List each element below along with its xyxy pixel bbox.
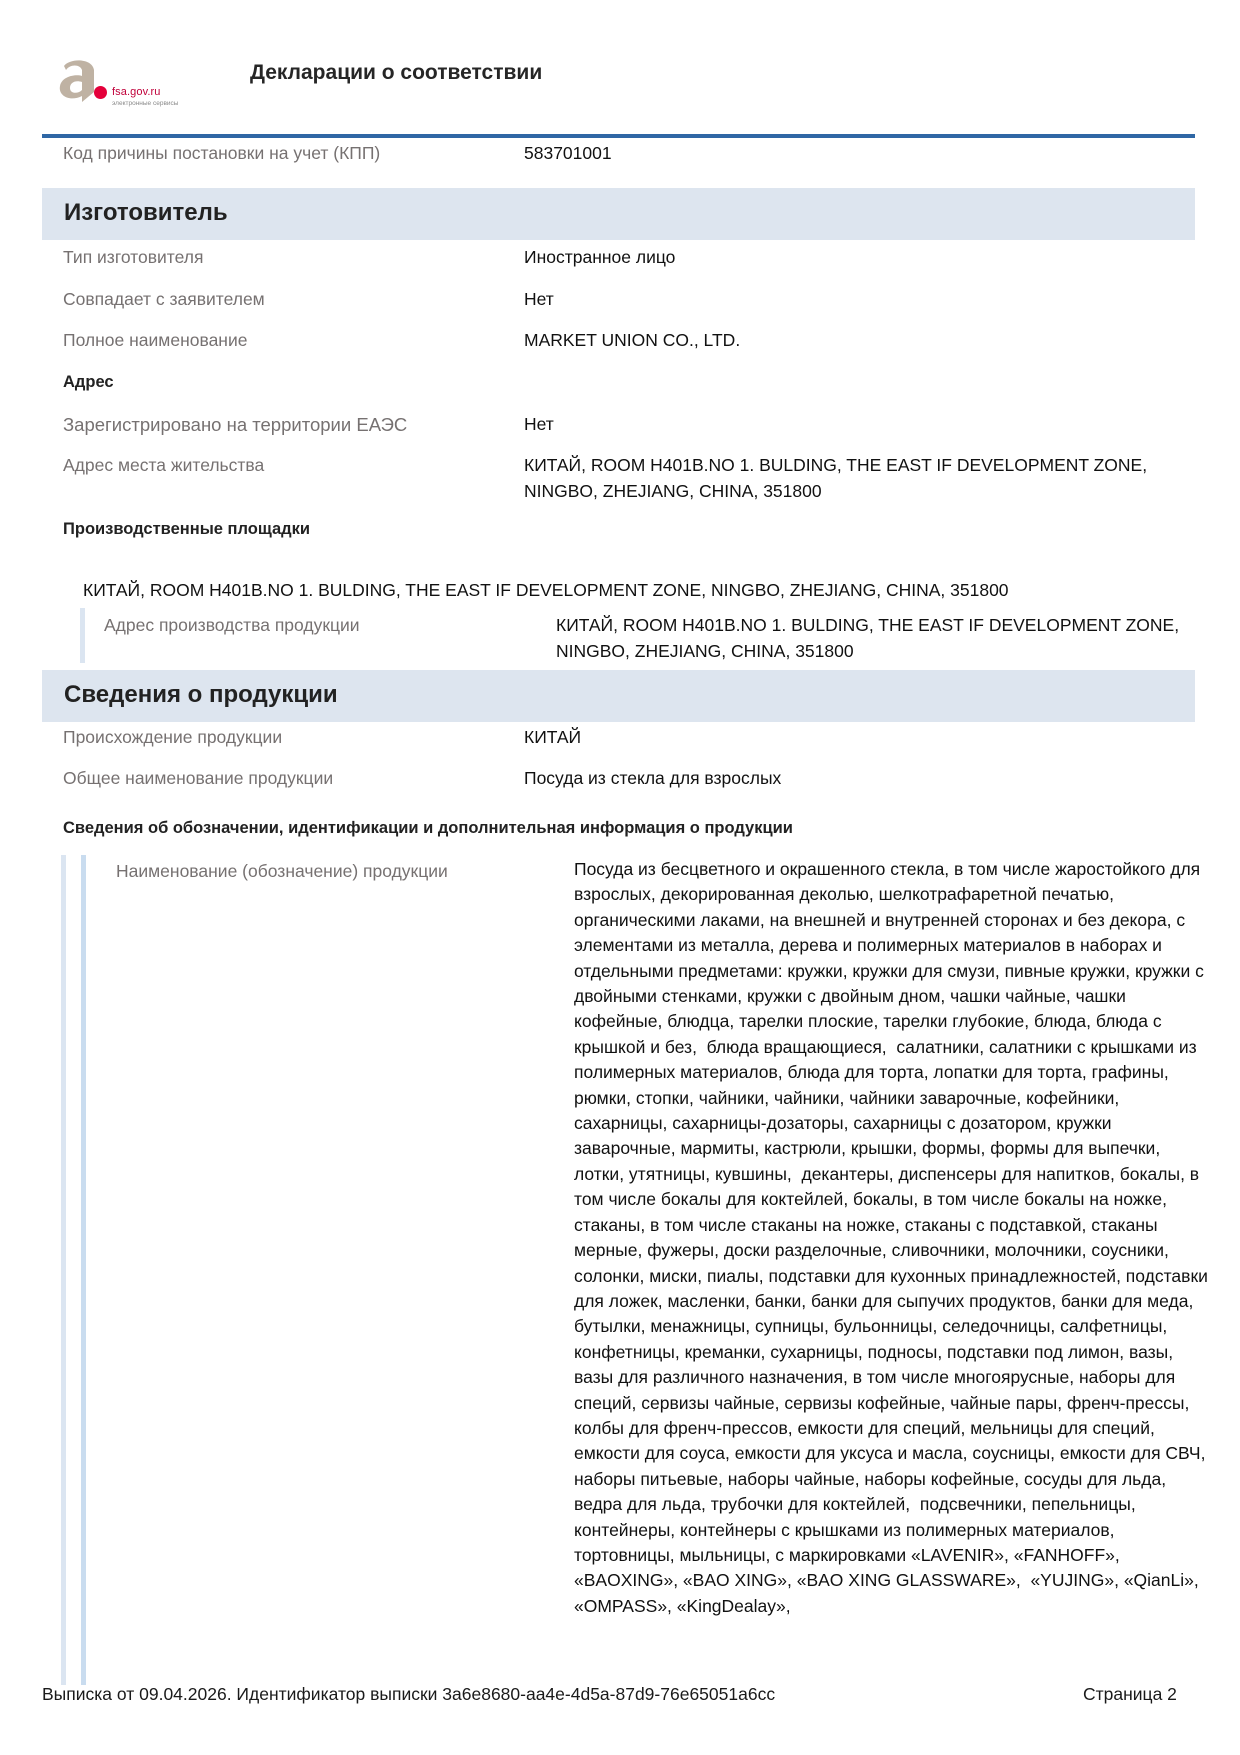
field-label: Тип изготовителя: [63, 244, 203, 270]
field-label: Происхождение продукции: [63, 724, 282, 750]
footer-extract-info: Выписка от 09.04.2026. Идентификатор вып…: [42, 1684, 775, 1705]
logo-site: fsa.gov.ru: [112, 86, 161, 98]
identification-heading: Сведения об обозначении, идентификации и…: [63, 815, 793, 841]
product-name-value: Посуда из бесцветного и окрашенного стек…: [574, 857, 1214, 1619]
field-value: Нет: [524, 286, 554, 312]
field-value: Посуда из стекла для взрослых: [524, 765, 781, 791]
product-name-label: Наименование (обозначение) продукции: [116, 858, 448, 884]
field-label: Адрес места жительства: [63, 452, 264, 478]
logo-subtitle: электронные сервисы: [112, 100, 178, 107]
footer-page-number: Страница 2: [1083, 1684, 1177, 1705]
field-label: Адрес производства продукции: [104, 612, 360, 638]
address-heading: Адрес: [63, 369, 114, 395]
kpp-label: Код причины постановки на учет (КПП): [63, 140, 380, 166]
nested-border-inner: [81, 855, 86, 1685]
nested-border: [80, 608, 85, 663]
fsa-logo: fsa.gov.ru электронные сервисы: [58, 58, 208, 110]
header-divider: [42, 134, 1195, 138]
production-site-title: КИТАЙ, ROOM H401B.NO 1. BULDING, THE EAS…: [83, 577, 1009, 603]
section-title: Изготовитель: [64, 199, 228, 227]
field-value: КИТАЙ: [524, 724, 581, 750]
production-sites-heading: Производственные площадки: [63, 516, 310, 542]
nested-border-outer: [61, 855, 66, 1685]
field-value: КИТАЙ, ROOM H401B.NO 1. BULDING, THE EAS…: [524, 452, 1184, 504]
kpp-value: 583701001: [524, 140, 612, 166]
section-product: Сведения о продукции: [42, 670, 1195, 722]
field-label: Полное наименование: [63, 327, 247, 353]
field-value: Иностранное лицо: [524, 244, 675, 270]
page-header: fsa.gov.ru электронные сервисы Деклараци…: [0, 0, 1240, 140]
field-label: Общее наименование продукции: [63, 765, 333, 791]
logo-dot-icon: [94, 86, 107, 99]
field-value: MARKET UNION CO., LTD.: [524, 327, 740, 353]
document-title: Декларации о соответствии: [250, 61, 542, 85]
field-value: Нет: [524, 411, 554, 437]
section-manufacturer: Изготовитель: [42, 188, 1195, 240]
field-label: Совпадает с заявителем: [63, 286, 265, 312]
section-title: Сведения о продукции: [64, 681, 338, 709]
field-value: КИТАЙ, ROOM H401B.NO 1. BULDING, THE EAS…: [556, 612, 1196, 664]
field-label: Зарегистрировано на территории ЕАЭС: [63, 412, 407, 438]
